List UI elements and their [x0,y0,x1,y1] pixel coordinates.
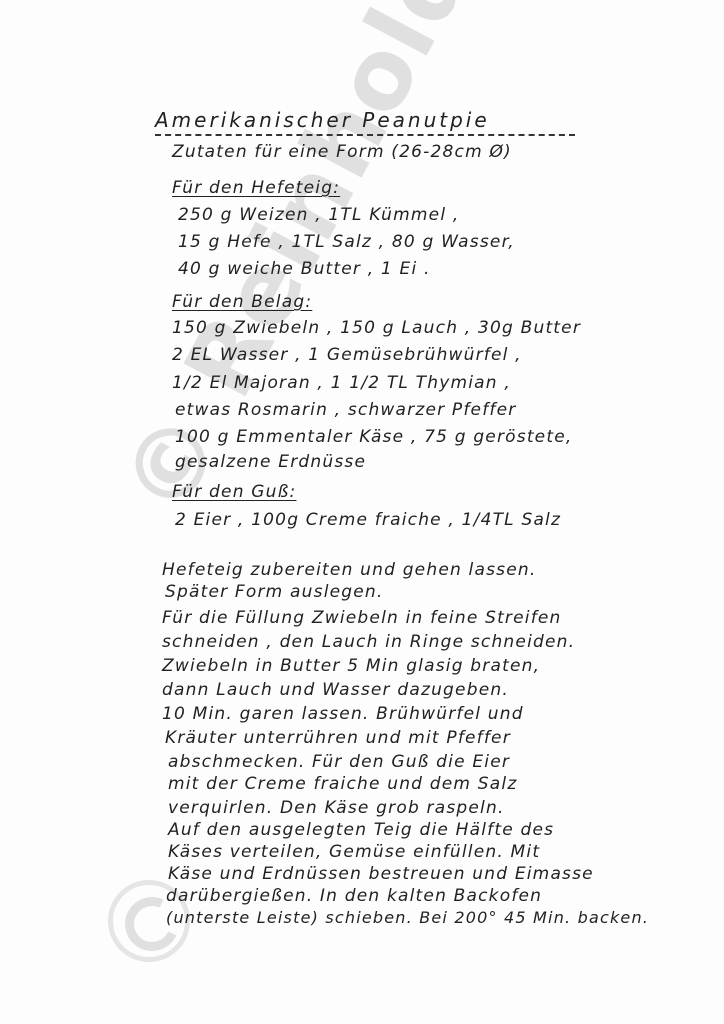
instruction-line: mit der Creme fraiche und dem Salz [168,774,517,794]
instruction-line: Für die Füllung Zwiebeln in feine Streif… [162,608,562,628]
instruction-line: Käses verteilen, Gemüse einfüllen. Mit [168,842,540,862]
ingredient-line: etwas Rosmarin , schwarzer Pfeffer [175,400,516,420]
instruction-line: verquirlen. Den Käse grob raspeln. [168,798,505,818]
section-heading-guss: Für den Guß: [172,482,296,502]
recipe: Amerikanischer Peanutpie Zutaten für ein… [0,0,724,1024]
instruction-line: darübergießen. In den kalten Backofen [166,886,542,906]
ingredient-line: 150 g Zwiebeln , 150 g Lauch , 30g Butte… [172,318,581,338]
instruction-line: Auf den ausgelegten Teig die Hälfte des [168,820,554,840]
ingredient-line: 2 EL Wasser , 1 Gemüsebrühwürfel , [172,345,522,365]
instruction-line: Kräuter unterrühren und mit Pfeffer [165,728,511,748]
ingredient-line: 15 g Hefe , 1TL Salz , 80 g Wasser, [178,232,515,252]
section-heading-hefeteig: Für den Hefeteig: [172,178,340,198]
recipe-title: Amerikanischer Peanutpie [155,108,575,136]
ingredient-line: gesalzene Erdnüsse [175,452,366,472]
instruction-line: Zwiebeln in Butter 5 Min glasig braten, [162,656,540,676]
ingredient-line: 100 g Emmentaler Käse , 75 g geröstete, [175,427,572,447]
scanned-page: © Reinhold Marsollek Amerikanischer Pean… [0,0,724,1024]
ingredient-line: 250 g Weizen , 1TL Kümmel , [178,205,459,225]
instruction-line: Hefeteig zubereiten und gehen lassen. [162,560,536,580]
instruction-line: (unterste Leiste) schieben. Bei 200° 45 … [166,908,649,927]
ingredient-line: 40 g weiche Butter , 1 Ei . [178,259,431,279]
instruction-line: 10 Min. garen lassen. Brühwürfel und [162,704,524,724]
section-heading-belag: Für den Belag: [172,292,312,312]
ingredient-line: 1/2 El Majoran , 1 1/2 TL Thymian , [172,373,511,393]
ingredient-line: 2 Eier , 100g Creme fraiche , 1/4TL Salz [175,510,561,530]
instruction-line: schneiden , den Lauch in Ringe schneiden… [162,632,575,652]
instruction-line: Später Form auslegen. [165,582,384,602]
instruction-line: abschmecken. Für den Guß die Eier [168,752,510,772]
instruction-line: Käse und Erdnüssen bestreuen und Eimasse [168,864,594,884]
recipe-subtitle: Zutaten für eine Form (26-28cm Ø) [172,142,512,162]
instruction-line: dann Lauch und Wasser dazugeben. [162,680,509,700]
